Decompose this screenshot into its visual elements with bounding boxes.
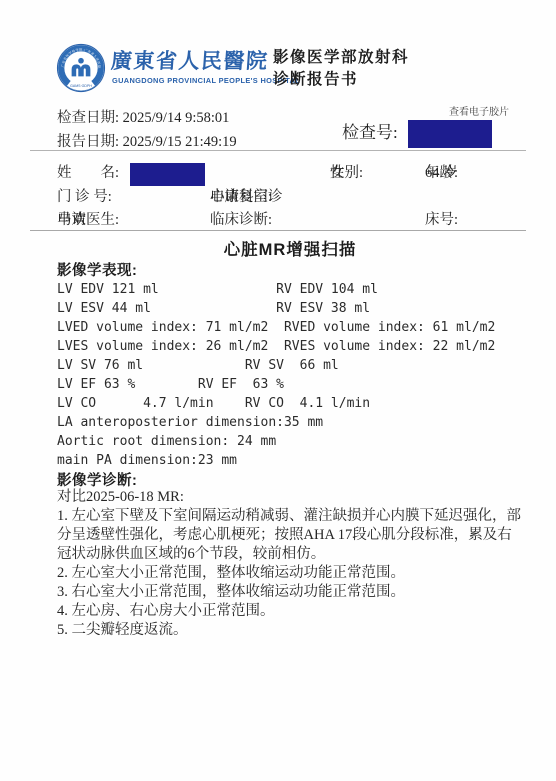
report-page: 广东省医学科学院·广东省人民医院 GAMS·GDPH 廣東省人民醫院 GUANG… — [0, 0, 556, 781]
divider-top — [30, 150, 526, 151]
logo-bottom-text: GAMS·GDPH — [70, 84, 92, 88]
measurement-list: LV EDV 121 ml RV EDV 104 ml LV ESV 44 ml… — [57, 280, 495, 470]
measurement-line: LA anteroposterior dimension:35 mm — [57, 413, 495, 432]
diagnosis-item: 2. 左心室大小正常范围，整体收缩运动功能正常范围。 — [57, 564, 525, 583]
diagnosis-section-label: 影像学诊断: — [57, 469, 137, 490]
report-header-title: 影像医学部放射科 诊断报告书 — [273, 47, 409, 91]
outpatient-row: 门 诊 号: 申请科室: 心康复门诊 — [0, 185, 556, 207]
exam-date-value: 2025/9/14 9:58:01 — [123, 110, 230, 126]
patient-name-redacted-value — [130, 163, 205, 186]
diagnosis-item: 3. 右心室大小正常范围，整体收缩运动功能正常范围。 — [57, 583, 525, 602]
measurement-line: LVES volume index: 26 ml/m2 RVES volume … — [57, 337, 495, 356]
gender-value: 女 — [330, 161, 345, 182]
name-label: 姓 名: — [57, 161, 119, 182]
exam-date-label: 检查日期: — [57, 110, 119, 126]
hospital-name-cn: 廣東省人民醫院 — [110, 45, 270, 75]
dept-line1: 影像医学部放射科 — [273, 47, 409, 69]
measurement-line: LV CO 4.7 l/min RV CO 4.1 l/min — [57, 394, 495, 413]
age-value: 64 岁 — [425, 161, 458, 182]
request-doctor-value: 马欢 — [57, 208, 86, 229]
diagnosis-item: 5. 二尖瓣轻度返流。 — [57, 621, 525, 640]
patient-name-row: 姓 名: 性别: 女 年龄:64 岁 — [0, 161, 556, 183]
dept-line2: 诊断报告书 — [273, 69, 409, 91]
findings-section-label: 影像学表现: — [57, 259, 137, 280]
measurement-line: main PA dimension:23 mm — [57, 451, 495, 470]
measurement-line: LV ESV 44 ml RV ESV 38 ml — [57, 299, 495, 318]
measurement-line: LV EDV 121 ml RV EDV 104 ml — [57, 280, 495, 299]
hospital-logo-icon: 广东省医学科学院·广东省人民医院 GAMS·GDPH — [56, 43, 106, 93]
clinical-diagnosis-label: 临床诊断: — [210, 208, 272, 229]
diagnosis-item: 4. 左心房、右心房大小正常范围。 — [57, 602, 525, 621]
diagnosis-body: 对比2025-06-18 MR: 1. 左心室下壁及下室间隔运动稍减弱、灌注缺损… — [57, 488, 525, 640]
diagnosis-item: 1. 左心室下壁及下室间隔运动稍减弱、灌注缺损并心内膜下延迟强化，部分呈透壁性强… — [57, 507, 525, 564]
hospital-name-en: GUANGDONG PROVINCIAL PEOPLE'S HOSPITAL — [112, 76, 300, 85]
outpatient-no-label: 门 诊 号: — [57, 185, 112, 206]
report-title: 心脏MR增强扫描 — [57, 236, 523, 260]
measurement-line: LV EF 63 % RV EF 63 % — [57, 375, 495, 394]
request-dept-value: 心康复门诊 — [210, 185, 283, 206]
exam-number-label: 检查号: — [342, 118, 398, 143]
comparison-line: 对比2025-06-18 MR: — [57, 488, 525, 507]
exam-number-redacted-value — [408, 120, 492, 148]
report-date-value: 2025/9/15 21:49:19 — [123, 134, 237, 150]
bed-no-label: 床号: — [425, 208, 458, 229]
measurement-line: Aortic root dimension: 24 mm — [57, 432, 495, 451]
exam-date-row: 检查日期: 2025/9/14 9:58:01 — [57, 106, 229, 127]
measurement-line: LV SV 76 ml RV SV 66 ml — [57, 356, 495, 375]
view-electronic-film-link[interactable]: 查看电子胶片 — [449, 103, 509, 118]
divider-patient — [30, 230, 526, 231]
report-date-label: 报告日期: — [57, 134, 119, 150]
measurement-line: LVED volume index: 71 ml/m2 RVED volume … — [57, 318, 495, 337]
report-date-row: 报告日期: 2025/9/15 21:49:19 — [57, 130, 237, 151]
doctor-row: 申请医生: 马欢 临床诊断: 床号: — [0, 208, 556, 230]
